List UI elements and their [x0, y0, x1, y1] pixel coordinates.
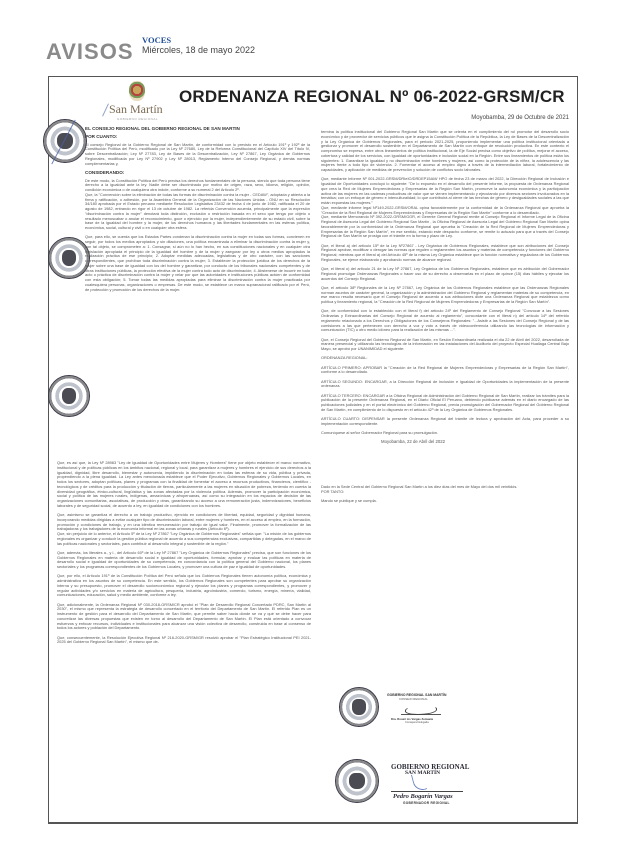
- left-column-top: EL CONSEJO REGIONAL DEL GOBIERNO REGIONA…: [85, 127, 310, 297]
- paragraph: El consejo Regional de la Gobierno Regio…: [85, 143, 310, 167]
- considerando-heading: CONSIDERANDO:: [85, 171, 310, 176]
- paragraph: Que, la "Convención sobre la eliminación…: [85, 193, 310, 231]
- official-seal-icon: [43, 119, 87, 163]
- article-3: ARTÍCULO TERCERO: ENCARGAR a la Oficina …: [321, 394, 569, 413]
- paragraph: Que, el literal o) del artículo 21 de la…: [321, 267, 569, 281]
- signature-org-sub: CONSEJO REGIONAL: [399, 697, 428, 701]
- signer-role: Consejera Delegada: [405, 721, 429, 724]
- closing: Mando se publique y se cumpla.: [321, 499, 569, 504]
- council-heading: EL CONSEJO REGIONAL DEL GOBIERNO REGIONA…: [85, 127, 310, 132]
- official-seal-icon: [48, 375, 90, 417]
- paragraph: Que, es así que, la Ley Nº 28983 "Ley de…: [57, 461, 311, 509]
- paragraph: Que, para ello, se cuerda que los Estado…: [85, 235, 310, 292]
- paragraph: Que, adicionalmente, la Ordenanza Region…: [57, 603, 311, 632]
- por-tanto: POR TANTO:: [321, 490, 569, 495]
- paragraph: Que, el Consejo Regional del Gobierno Re…: [321, 338, 569, 352]
- paragraph: Que, mediante Memorando Nº 392-2022-GRSM…: [321, 215, 569, 239]
- paragraph: Que, el literal a) del artículo 15º de l…: [321, 244, 569, 263]
- left-column-bottom: Que, es así que, la Ley Nº 28983 "Ley de…: [57, 461, 311, 650]
- logo-subtitle: GOBIERNO REGIONAL: [117, 117, 158, 121]
- place-date: Moyobamba, 29 de Octubre de 2021: [471, 115, 569, 121]
- official-seal-icon: [335, 759, 379, 803]
- signer-role: GOBERNADOR REGIONAL: [403, 801, 450, 805]
- paragraph: Que, además, los literales a., y l., del…: [57, 551, 311, 570]
- paragraph: termina la política institucional del Go…: [321, 130, 569, 173]
- publication-logo: VOCES: [142, 35, 171, 45]
- por-cuanto-heading: POR CUANTO:: [85, 135, 310, 140]
- sign-date: Moyobamba, 22 de Abril del 2022: [381, 440, 569, 445]
- right-column: termina la política institucional del Go…: [321, 130, 569, 508]
- section-title: AVISOS: [46, 39, 134, 65]
- council-signature: GOBIERNO REGIONAL SAN MARTÍN CONSEJO REG…: [339, 693, 499, 733]
- official-seal-icon: [339, 687, 379, 727]
- san-martin-logo: San Martín GOBIERNO REGIONAL: [109, 81, 169, 127]
- section-label: ORDENANZA REGIONAL:: [321, 356, 569, 361]
- paragraph: Que, de conformidad con lo establecido c…: [321, 309, 569, 333]
- logo-name: San Martín: [109, 102, 163, 117]
- article-1: ARTÍCULO PRIMERO: APROBAR la "Creación d…: [321, 366, 569, 376]
- signature-line: [391, 791, 463, 792]
- ordinance-title: ORDENANZA REGIONAL Nº 06-2022-GRSM/CR: [179, 87, 565, 107]
- pen-stroke: [102, 103, 109, 116]
- paragraph: Comuníquese al señor Gobernador Regional…: [321, 431, 569, 436]
- governor-signature: GOBIERNO REGIONAL SAN MARTÍN Pedro Bogar…: [335, 759, 505, 805]
- crest-icon: [129, 81, 145, 101]
- article-4: ARTÍCULO CUARTO: DISPENSAR la presente O…: [321, 417, 569, 427]
- paragraph: Que, consecuentemente, la Resolución Eje…: [57, 636, 311, 646]
- paragraph: Que, sin perjuicio de lo anterior, el Ar…: [57, 532, 311, 546]
- paragraph: Que, por ello, el Artículo 191º de la Co…: [57, 574, 311, 598]
- paragraph: Que, el artículo 38º Regionales de la Le…: [321, 286, 569, 305]
- signer-name: Pedro Bogarín Vargas: [393, 793, 453, 800]
- publication-date: Miércoles, 18 de mayo 2022: [142, 45, 255, 55]
- official-seal-icon: [48, 237, 90, 279]
- notice-frame: San Martín GOBIERNO REGIONAL ORDENANZA R…: [48, 76, 578, 824]
- paragraph: Que, asimismo se garantiza el derecho a …: [57, 513, 311, 532]
- handwritten-signature: [401, 703, 441, 715]
- paragraph: De este modo, la Constitución Política d…: [85, 179, 310, 193]
- article-2: ARTÍCULO SEGUNDO: ENCARGAR, a la Direcci…: [321, 380, 569, 390]
- paragraph: Que, mediante Informe Nº 001-2022-GRSM/D…: [321, 177, 569, 206]
